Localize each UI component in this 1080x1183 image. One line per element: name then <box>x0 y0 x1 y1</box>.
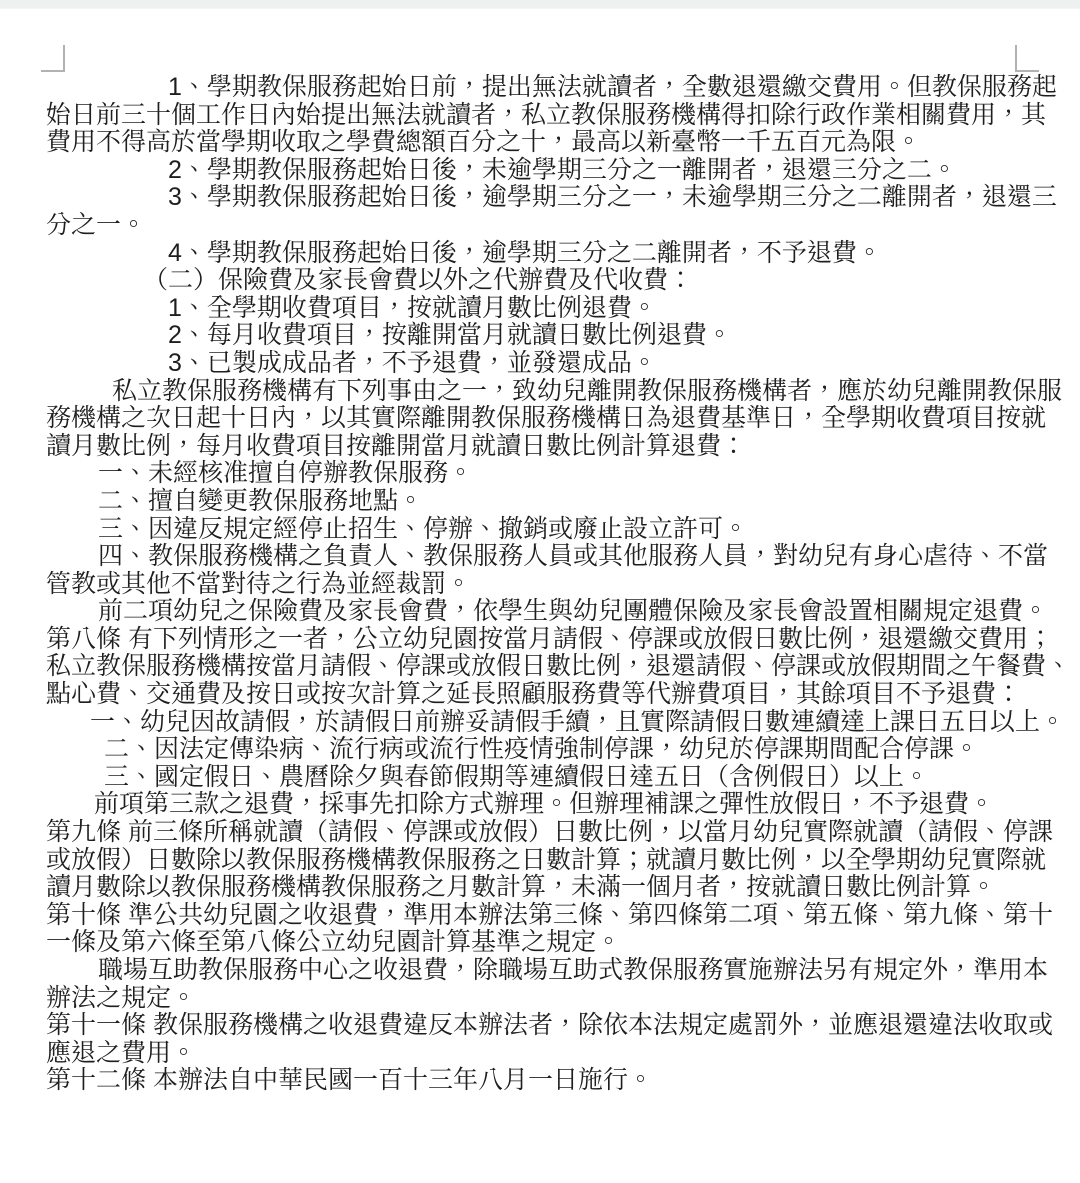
text-line: 三、因違反規定經停止招生、停辦、撤銷或廢止設立許可。 <box>46 516 1040 544</box>
text-line: 讀月數比例，每月收費項目按離開當月就讀日數比例計算退費： <box>46 433 1040 461</box>
text-line: 2、每月收費項目，按離開當月就讀日數比例退費。 <box>46 322 1040 350</box>
text-line: 二、擅自變更教保服務地點。 <box>46 488 1040 516</box>
text-line: 辦法之規定。 <box>46 985 1040 1013</box>
text-line: 私立教保服務機構按當月請假、停課或放假日數比例，退還請假、停課或放假期間之午餐費… <box>46 653 1040 681</box>
text-line: 職場互助教保服務中心之收退費，除職場互助式教保服務實施辦法另有規定外，準用本 <box>46 957 1040 985</box>
text-line: 第九條 前三條所稱就讀（請假、停課或放假）日數比例，以當月幼兒實際就讀（請假、停… <box>46 819 1040 847</box>
text-line: 或放假）日數除以教保服務機構教保服務之日數計算；就讀月數比例，以全學期幼兒實際就 <box>46 847 1040 875</box>
text-line: 2、學期教保服務起始日後，未逾學期三分之一離開者，退還三分之二。 <box>46 157 1040 185</box>
text-line: 分之一。 <box>46 212 1040 240</box>
text-line: 始日前三十個工作日內始提出無法就讀者，私立教保服務機構得扣除行政作業相關費用，其 <box>46 102 1040 130</box>
text-line: 前項第三款之退費，採事先扣除方式辦理。但辦理補課之彈性放假日，不予退費。 <box>46 791 1040 819</box>
text-line: 私立教保服務機構有下列事由之一，致幼兒離開教保服務機構者，應於幼兒離開教保服 <box>46 378 1040 406</box>
text-line: 讀月數除以教保服務機構教保服務之月數計算，未滿一個月者，按就讀日數比例計算。 <box>46 874 1040 902</box>
text-line: 3、學期教保服務起始日後，逾學期三分之一，未逾學期三分之二離開者，退還三 <box>46 184 1040 212</box>
document-text: 1、學期教保服務起始日前，提出無法就讀者，全數退還繳交費用。但教保服務起始日前三… <box>46 74 1040 1095</box>
text-line: 應退之費用。 <box>46 1040 1040 1068</box>
text-line: 一、未經核准擅自停辦教保服務。 <box>46 460 1040 488</box>
text-line: 第八條 有下列情形之一者，公立幼兒園按當月請假、停課或放假日數比例，退還繳交費用… <box>46 626 1040 654</box>
text-line: 第十條 準公共幼兒園之收退費，準用本辦法第三條、第四條第二項、第五條、第九條、第… <box>46 902 1040 930</box>
text-line: 一、幼兒因故請假，於請假日前辦妥請假手續，且實際請假日數連續達上課日五日以上。 <box>46 709 1040 737</box>
text-line: 第十一條 教保服務機構之收退費違反本辦法者，除依本法規定處罰外，並應退還違法收取… <box>46 1012 1040 1040</box>
text-line: 1、學期教保服務起始日前，提出無法就讀者，全數退還繳交費用。但教保服務起 <box>46 74 1040 102</box>
margin-corner-mark-top-right <box>1015 45 1039 72</box>
text-line: 二、因法定傳染病、流行病或流行性疫情強制停課，幼兒於停課期間配合停課。 <box>46 736 1040 764</box>
text-line: 第十二條 本辦法自中華民國一百十三年八月一日施行。 <box>46 1067 1040 1095</box>
text-line: （二）保險費及家長會費以外之代辦費及代收費： <box>46 267 1040 295</box>
text-line: 4、學期教保服務起始日後，逾學期三分之二離開者，不予退費。 <box>46 240 1040 268</box>
text-line: 3、已製成成品者，不予退費，並發還成品。 <box>46 350 1040 378</box>
text-line: 1、全學期收費項目，按就讀月數比例退費。 <box>46 295 1040 323</box>
text-line: 三、國定假日、農曆除夕與春節假期等連續假日達五日（含例假日）以上。 <box>46 764 1040 792</box>
text-line: 點心費、交通費及按日或按次計算之延長照顧服務費等代辦費項目，其餘項目不予退費： <box>46 681 1040 709</box>
text-line: 管教或其他不當對待之行為並經裁罰。 <box>46 571 1040 599</box>
page-top-edge <box>0 0 1080 9</box>
text-line: 一條及第六條至第八條公立幼兒園計算基準之規定。 <box>46 929 1040 957</box>
text-line: 四、教保服務機構之負責人、教保服務人員或其他服務人員，對幼兒有身心虐待、不當 <box>46 543 1040 571</box>
document-page: 1、學期教保服務起始日前，提出無法就讀者，全數退還繳交費用。但教保服務起始日前三… <box>0 0 1080 1183</box>
text-line: 費用不得高於當學期收取之學費總額百分之十，最高以新臺幣一千五百元為限。 <box>46 129 1040 157</box>
text-line: 務機構之次日起十日內，以其實際離開教保服務機構日為退費基準日，全學期收費項目按就 <box>46 405 1040 433</box>
margin-corner-mark-top-left <box>41 45 65 72</box>
text-line: 前二項幼兒之保險費及家長會費，依學生與幼兒團體保險及家長會設置相關規定退費。 <box>46 598 1040 626</box>
